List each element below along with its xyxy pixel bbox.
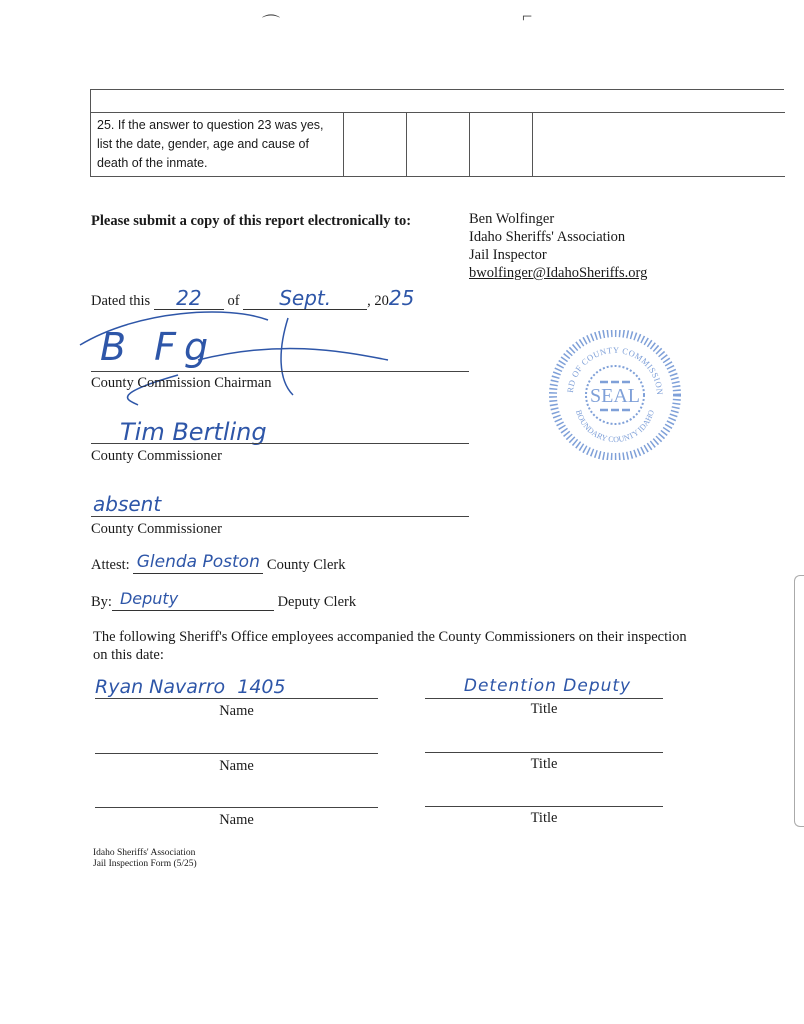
name-label: Name (95, 758, 378, 775)
chairman-signature-stroke (78, 300, 398, 410)
answer-cell[interactable] (407, 112, 470, 176)
county-seal-stamp: BOARD OF COUNTY COMMISSIONERS BOUNDARY C… (545, 330, 685, 460)
footer-org: Idaho Sheriffs' Association (93, 848, 197, 859)
contact-title: Jail Inspector (469, 246, 647, 264)
county-clerk-label: County Clerk (267, 557, 346, 573)
question-25-text: 25. If the answer to question 23 was yes… (91, 112, 344, 176)
footer-form-id: Jail Inspection Form (5/25) (93, 859, 197, 870)
deputy-clerk-label: Deputy Clerk (278, 594, 357, 610)
answer-cell[interactable] (470, 112, 533, 176)
by-label: By: (91, 594, 112, 610)
employee-2-title-line[interactable] (425, 752, 663, 753)
contact-name: Ben Wolfinger (469, 210, 647, 228)
table-row-empty (90, 90, 785, 113)
commissioner-2-label: County Commissioner (91, 521, 222, 538)
employee-3-title-line[interactable] (425, 806, 663, 807)
employee-1-name[interactable]: Ryan Navarro 1405 (95, 676, 380, 698)
employee-1-name-line (95, 698, 378, 699)
title-label: Title (425, 756, 663, 773)
contact-org: Idaho Sheriffs' Association (469, 228, 647, 246)
contact-email-link[interactable]: bwolfinger@IdahoSheriffs.org (469, 264, 647, 282)
form-footer: Idaho Sheriffs' Association Jail Inspect… (93, 848, 197, 870)
punch-hole-mark: ⌒ (262, 10, 280, 36)
employee-1-title-line (425, 698, 663, 699)
attest-signature: Glenda Poston (133, 551, 263, 573)
attest-line: Attest: Glenda Poston County Clerk (91, 557, 345, 574)
table-row-question-25: 25. If the answer to question 23 was yes… (90, 112, 785, 177)
seal-center-text: SEAL (590, 385, 640, 407)
name-label: Name (95, 703, 378, 720)
submit-instructions: Please submit a copy of this report elec… (91, 213, 411, 230)
by-signature: Deputy (112, 588, 274, 610)
employee-1-title[interactable]: Detention Deputy (430, 676, 665, 696)
answer-cell[interactable] (344, 112, 407, 176)
commissioner-2-signature-line (91, 516, 469, 517)
punch-hole-mark: ⌐ (522, 6, 532, 27)
chairman-signature-line (91, 371, 469, 372)
commissioner-1-label: County Commissioner (91, 448, 222, 465)
commissioner-1-signature[interactable]: Tim Bertling (120, 418, 267, 446)
title-label: Title (425, 810, 663, 827)
answer-cell-comments[interactable] (533, 112, 785, 176)
title-label: Title (425, 701, 663, 718)
employee-3-name-line[interactable] (95, 807, 378, 808)
name-label: Name (95, 812, 378, 829)
employee-2-name-line[interactable] (95, 753, 378, 754)
chairman-label: County Commission Chairman (91, 375, 271, 392)
commissioner-2-signature[interactable]: absent (93, 492, 161, 516)
commissioner-1-signature-line (91, 443, 469, 444)
attest-signature-field[interactable]: Glenda Poston (133, 557, 263, 574)
page-edge-tab (794, 575, 804, 827)
by-signature-field[interactable]: Deputy (112, 594, 274, 611)
contact-block: Ben Wolfinger Idaho Sheriffs' Associatio… (469, 210, 647, 282)
svg-text:BOUNDARY COUNTY IDAHO: BOUNDARY COUNTY IDAHO (574, 409, 656, 444)
seal-outer-bottom-text: BOUNDARY COUNTY IDAHO (574, 409, 656, 444)
attest-label: Attest: (91, 557, 130, 573)
by-line: By:Deputy Deputy Clerk (91, 594, 356, 611)
employees-intro: The following Sheriff's Office employees… (93, 628, 693, 664)
